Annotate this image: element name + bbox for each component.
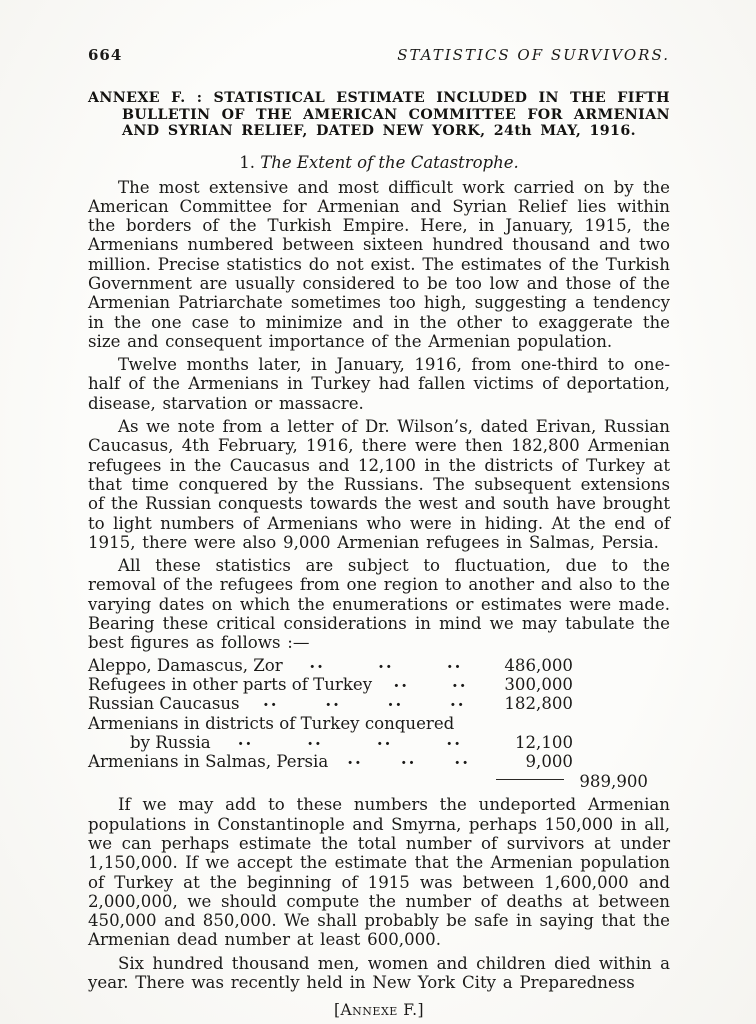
leader-dots: ...... — [328, 752, 489, 771]
paragraph-deaths: Six hundred thousand men, women and chil… — [88, 954, 670, 993]
leader-dots: ........ — [211, 733, 489, 752]
running-head: 664 STATISTICS OF SURVIVORS. — [88, 46, 670, 64]
table-total-value: 989,900 — [574, 772, 648, 791]
table-row-label: Aleppo, Damascus, Zor — [88, 656, 283, 675]
table-row: Refugees in other parts of Turkey....300… — [88, 675, 670, 694]
table-row-value: 182,800 — [489, 694, 573, 713]
page-content: 664 STATISTICS OF SURVIVORS. ANNEXE F. :… — [88, 46, 670, 1019]
leader-dots: ........ — [240, 694, 489, 713]
table-row: Aleppo, Damascus, Zor......486,000 — [88, 656, 670, 675]
scanned-page: 664 STATISTICS OF SURVIVORS. ANNEXE F. :… — [0, 0, 756, 1024]
total-rule — [496, 779, 564, 780]
table-row-value: 486,000 — [489, 656, 573, 675]
section-title: The Extent of the Catastrophe. — [260, 153, 519, 172]
table-row: Armenians in districts of Turkey conquer… — [88, 714, 670, 733]
table-row-value: 9,000 — [489, 752, 573, 771]
table-row-label: Refugees in other parts of Turkey — [88, 675, 372, 694]
paragraph-extent-3: As we note from a letter of Dr. Wilson’s… — [88, 417, 670, 552]
table-row-label: by Russia — [88, 733, 211, 752]
leader-dots: .... — [372, 675, 489, 694]
footer-annexe-label: [Annexe F.] — [88, 1001, 670, 1019]
table-row-label: Armenians in Salmas, Persia — [88, 752, 328, 771]
paragraph-extent-4: All these statistics are subject to fluc… — [88, 556, 670, 652]
table-row-label: Armenians in districts of Turkey conquer… — [88, 714, 454, 733]
table-total-row: 989,900 — [88, 771, 670, 791]
table-row: Armenians in Salmas, Persia......9,000 — [88, 752, 670, 771]
table-row: by Russia........12,100 — [88, 733, 670, 752]
running-title: STATISTICS OF SURVIVORS. — [397, 46, 670, 64]
table-row-label: Russian Caucasus — [88, 694, 240, 713]
table-row-value: 12,100 — [489, 733, 573, 752]
table-row: Russian Caucasus........182,800 — [88, 694, 670, 713]
table-row-value: 300,000 — [489, 675, 573, 694]
section-heading: 1. The Extent of the Catastrophe. — [88, 153, 670, 172]
statistics-table: Aleppo, Damascus, Zor......486,000Refuge… — [88, 656, 670, 792]
paragraph-extent-2: Twelve months later, in January, 1916, f… — [88, 355, 670, 413]
paragraph-estimate: If we may add to these numbers the undep… — [88, 795, 670, 949]
section-number: 1. — [239, 153, 255, 172]
annexe-heading: ANNEXE F. : STATISTICAL ESTIMATE INCLUDE… — [88, 90, 670, 140]
page-number: 664 — [88, 46, 122, 64]
paragraph-extent-1: The most extensive and most difficult wo… — [88, 178, 670, 352]
leader-dots: ...... — [283, 656, 489, 675]
